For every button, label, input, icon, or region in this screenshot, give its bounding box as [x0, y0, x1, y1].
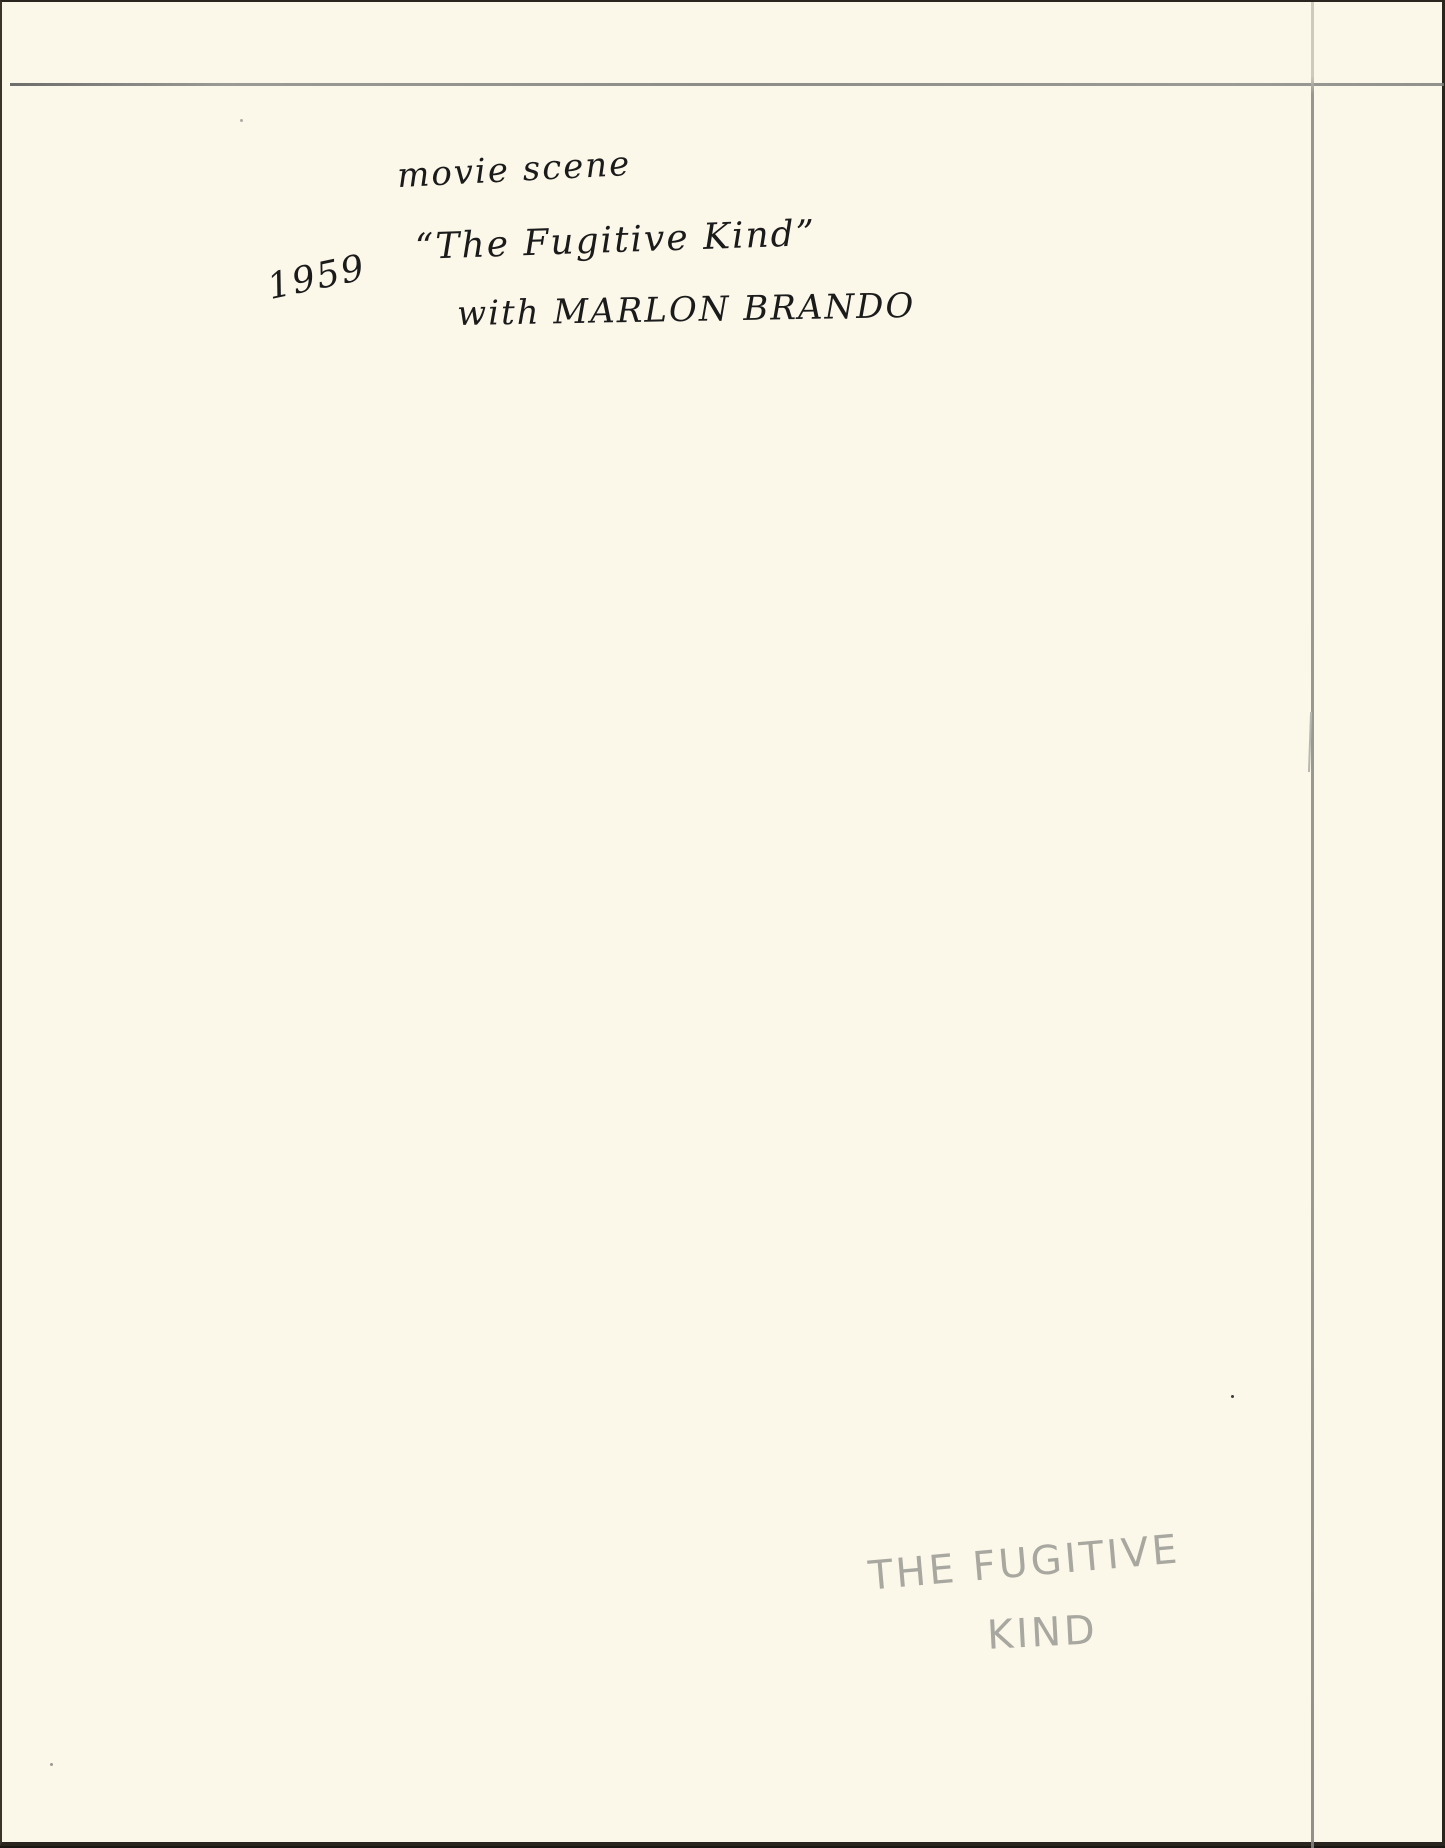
- pencil-title-line2: KIND: [986, 1607, 1099, 1659]
- caption-actor: with MARLON BRANDO: [457, 286, 916, 334]
- pencil-title-line1: THE FUGITIVE: [867, 1526, 1182, 1599]
- caption-film-title: “The Fugitive Kind”: [414, 213, 816, 268]
- horizontal-pencil-rule: [10, 83, 1444, 86]
- paper-speck: [1231, 1395, 1234, 1398]
- photo-back-card: movie scene 1959 “The Fugitive Kind” wit…: [0, 0, 1445, 1846]
- paper-speck: [240, 119, 243, 122]
- caption-year: 1959: [264, 247, 370, 308]
- vertical-pencil-rule: [1311, 2, 1314, 1846]
- paper-speck: [50, 1763, 53, 1766]
- caption-movie-scene: movie scene: [396, 144, 632, 196]
